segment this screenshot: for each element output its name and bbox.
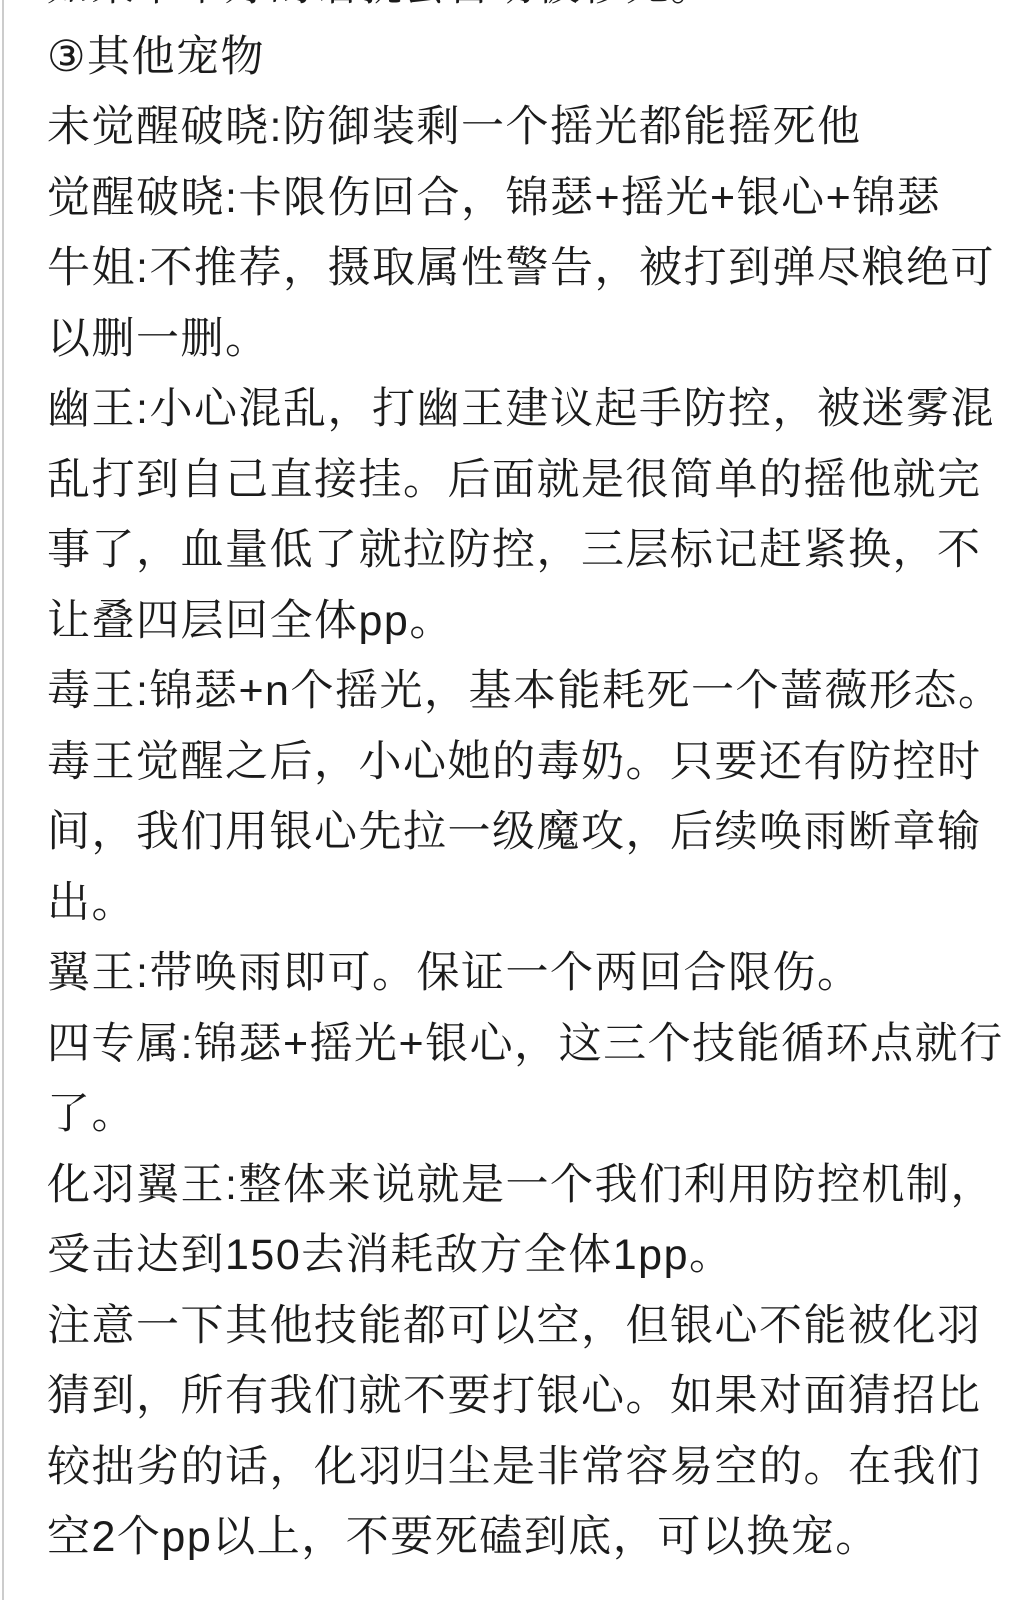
text-line: 化羽翼王:整体来说就是一个我们利用防控机制， [47,1150,1012,1221]
text-line: 了。 [47,1079,1012,1150]
text-line: 间，我们用银心先拉一级魔攻，后续唤雨断章输 [47,797,1012,868]
text-line: 较拙劣的话，化羽归尘是非常容易空的。在我们 [47,1432,1012,1503]
text-line: 翼王:带唤雨即可。保证一个两回合限伤。 [47,938,1012,1009]
text-line: 出。 [47,868,1012,939]
text-line: 牛姐:不推荐，摄取属性警告，被打到弹尽粮绝可 [47,233,1012,304]
text-line: 猜到，所有我们就不要打银心。如果对面猜招比 [47,1361,1012,1432]
text-line: 觉醒破晓:卡限伤回合，锦瑟+摇光+银心+锦瑟 [47,163,1012,234]
text-line: 幽王:小心混乱，打幽王建议起手防控，被迷雾混 [47,374,1012,445]
text-line: 乱打到自己直接挂。后面就是很简单的摇他就完 [47,445,1012,516]
clipped-top-line: 如果卡不好的话就会自动被秒死。 [47,0,1012,22]
text-line: 事了，血量低了就拉防控，三层标记赶紧换，不 [47,515,1012,586]
text-line: 毒王:锦瑟+n个摇光，基本能耗死一个蔷薇形态。 [47,656,1012,727]
text-line: 让叠四层回全体pp。 [47,586,1012,657]
text-line: 未觉醒破晓:防御装剩一个摇光都能摇死他 [47,92,1012,163]
guide-text-body: 如果卡不好的话就会自动被秒死。③其他宠物未觉醒破晓:防御装剩一个摇光都能摇死他觉… [47,0,1012,1573]
section-heading: ③其他宠物 [47,22,1012,93]
text-line: 毒王觉醒之后，小心她的毒奶。只要还有防控时 [47,727,1012,798]
text-line: 以删一删。 [47,304,1012,375]
document-page: 如果卡不好的话就会自动被秒死。③其他宠物未觉醒破晓:防御装剩一个摇光都能摇死他觉… [0,0,1036,1600]
text-line: 注意一下其他技能都可以空，但银心不能被化羽 [47,1291,1012,1362]
left-edge-divider [2,0,4,1600]
text-line: 受击达到150去消耗敌方全体1pp。 [47,1220,1012,1291]
text-line: 四专属:锦瑟+摇光+银心，这三个技能循环点就行 [47,1009,1012,1080]
text-line: 空2个pp以上，不要死磕到底，可以换宠。 [47,1502,1012,1573]
